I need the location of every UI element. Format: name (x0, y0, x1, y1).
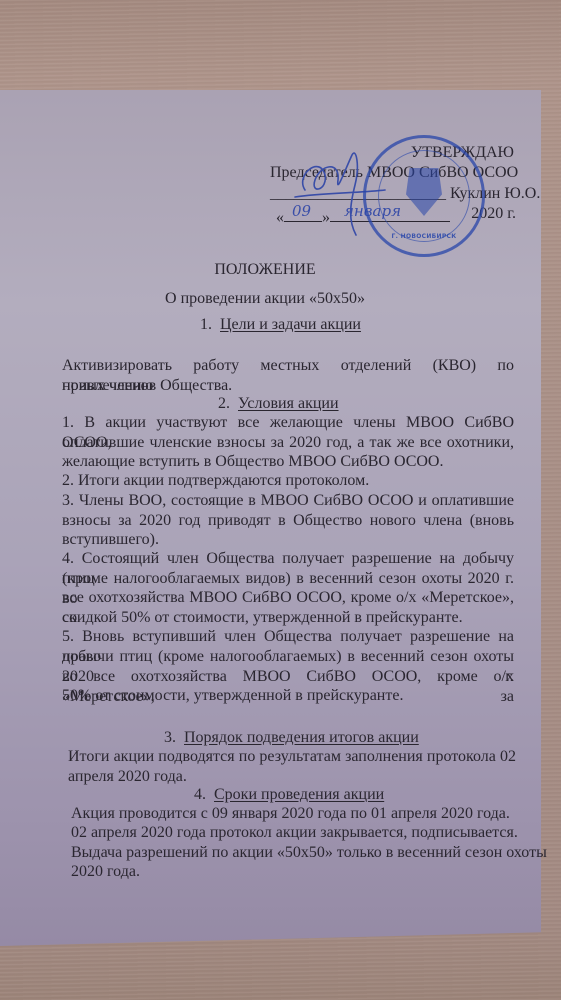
section-2-line-7: вступившего). (62, 530, 159, 550)
section-title: Условия акции (238, 395, 339, 412)
section-title: Цели и задачи акции (220, 316, 361, 333)
section-1-line-2: новых членов Общества. (62, 376, 232, 396)
date-open-quote: « (276, 209, 284, 226)
section-2-line-5: 3. Члены ВОО, состоящие в МВОО СибВО ОСО… (62, 491, 514, 511)
section-2-line-3: желающие вступить в Общество МВОО СибВО … (62, 452, 443, 472)
section-number: 2. (218, 395, 230, 412)
section-number: 4. (194, 786, 206, 803)
section-number: 3. (164, 729, 176, 746)
section-3-heading: 3. Порядок подведения итогов акции (164, 728, 419, 748)
section-4-line-1: Акция проводится с 09 января 2020 года п… (71, 804, 510, 824)
document-subtitle: О проведении акции «50х50» (100, 289, 430, 309)
official-stamp: Г. НОВОСИБИРСК (363, 135, 485, 257)
document-title: ПОЛОЖЕНИЕ (100, 260, 430, 280)
section-title: Сроки проведения акции (214, 786, 384, 803)
section-4-line-2: 02 апреля 2020 года протокол акции закры… (71, 823, 518, 843)
section-3-line-1: Итоги акции подводятся по результатам за… (68, 747, 516, 767)
stamp-city-text: Г. НОВОСИБИРСК (366, 233, 482, 240)
section-title: Порядок подведения итогов акции (184, 729, 419, 746)
section-1-heading: 1. Цели и задачи акции (200, 315, 361, 335)
section-2-line-15: 50% от стоимости, утвержденной в прейску… (62, 686, 403, 706)
section-4-heading: 4. Сроки проведения акции (194, 785, 384, 805)
section-2-line-6: взносы за 2020 год приводят в Общество н… (62, 511, 514, 531)
section-2-line-2: оплатившие членские взносы за 2020 год, … (62, 433, 514, 453)
section-2-line-11: скидкой 50% от стоимости, утвержденной в… (62, 608, 463, 628)
section-2-line-4: 2. Итоги акции подтверждаются протоколом… (62, 471, 369, 491)
section-3-line-2: апреля 2020 года. (68, 767, 187, 787)
section-2-heading: 2. Условия акции (218, 394, 339, 414)
section-number: 1. (200, 316, 212, 333)
section-4-line-4: 2020 года. (71, 862, 140, 882)
section-4-line-3: Выдача разрешений по акции «50х50» тольк… (71, 843, 547, 863)
